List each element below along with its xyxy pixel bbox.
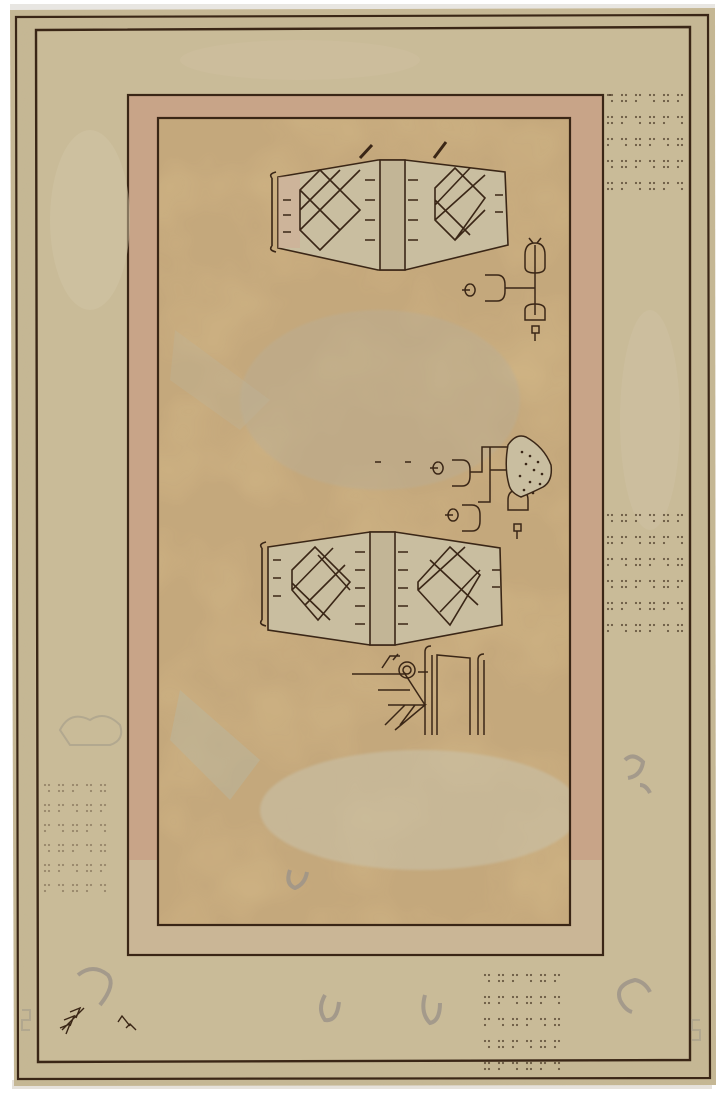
- lower-vase-motif: [261, 532, 502, 645]
- border-patch: [180, 40, 420, 80]
- border-patch: [620, 310, 680, 530]
- dot-grid-right-top: [609, 94, 611, 96]
- rug-illustration: [0, 0, 725, 1094]
- border-patch: [50, 130, 130, 310]
